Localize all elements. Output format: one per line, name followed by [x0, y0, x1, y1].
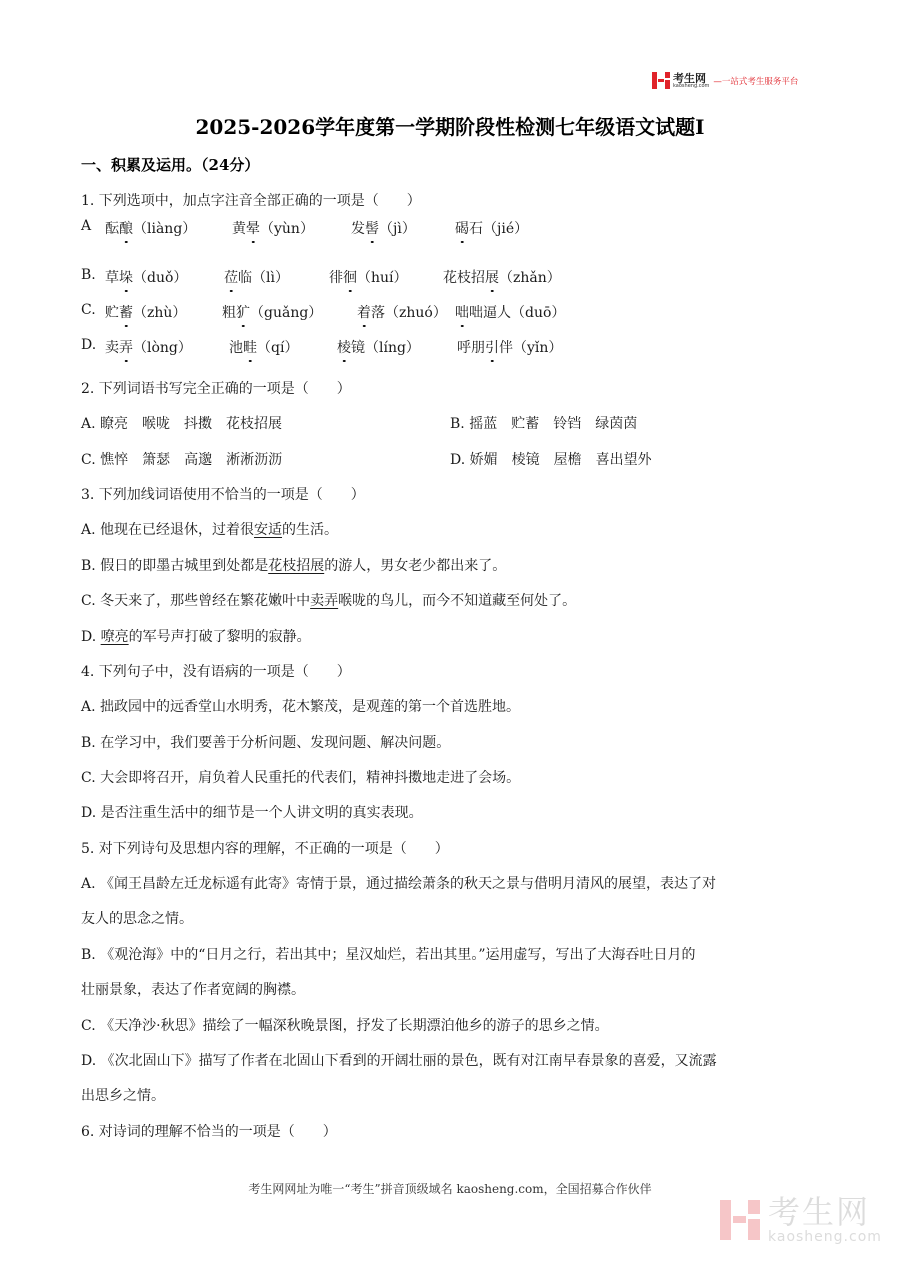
dotted-char: 晕: [246, 218, 260, 238]
question-2-option-b: B. 摇蓝 贮蓄 铃铛 绿茵茵: [450, 413, 637, 433]
section-heading: 一、积累及运用。（24分）: [81, 154, 259, 175]
question-1-stem: 1. 下列选项中，加点字注音全部正确的一项是（ ）: [81, 190, 421, 210]
kaosheng-logo-icon: [652, 72, 670, 89]
question-3-stem: 3. 下列加线词语使用不恰当的一项是（ ）: [81, 484, 365, 504]
question-3-option-d: D. 嘹亮的军号声打破了黎明的寂静。: [81, 626, 311, 646]
dotted-char: 弄: [119, 337, 133, 357]
question-5-option-a: A. 《闻王昌龄左迁龙标遥有此寄》寄情于景，通过描绘萧条的秋天之景与借明月清风的…: [81, 873, 716, 893]
question-3-option-c: C. 冬天来了，那些曾经在繁花嫩叶中卖弄喉咙的鸟儿，而今不知道藏至何处了。: [81, 590, 576, 610]
dotted-char: 莅: [224, 267, 238, 287]
slogan-text: 一站式考生服务平台: [722, 77, 799, 87]
dotted-char: 引: [485, 337, 499, 357]
dotted-char: 酿: [119, 218, 133, 238]
dotted-char: 徊: [343, 267, 357, 287]
question-4-stem: 4. 下列句子中，没有语病的一项是（ ）: [81, 661, 351, 681]
underlined-word: 安适: [254, 522, 282, 538]
question-4-option-a: A. 拙政园中的远香堂山水明秀，花木繁茂，是观莲的第一个首选胜地。: [81, 696, 520, 716]
question-1-option-a: A 酝酿（liàng） 黄晕（yùn） 发髻（jì） 碣石（jié）: [81, 218, 108, 234]
option-label: A: [81, 218, 91, 234]
question-2-option-a: A. 瞭亮 喉咙 抖擞 花枝招展: [81, 413, 282, 433]
underlined-word: 卖弄: [310, 593, 338, 609]
question-1-option-d: D. 卖弄（lòng） 池畦（qí） 棱镜（líng） 呼朋引伴（yǐn）: [81, 337, 96, 353]
underlined-word: 嘹亮: [101, 629, 129, 645]
question-2-option-d: D. 娇媚 棱镜 屋檐 喜出望外: [450, 449, 652, 469]
question-5-option-d: D. 《次北固山下》描写了作者在北固山下看到的开阔壮丽的景色，既有对江南早春景象…: [81, 1050, 717, 1070]
underlined-word: 花枝招展: [268, 558, 324, 574]
option-label: B.: [81, 267, 96, 283]
dotted-char: 垛: [119, 267, 133, 287]
page-footer: 考生网网址为唯一“考生”拼音顶级域名 kaosheng.com，全国招募合作伙伴: [0, 1180, 900, 1197]
question-4-option-c: C. 大会即将召开，肩负着人民重托的代表们，精神抖擞地走进了会场。: [81, 767, 520, 787]
question-2-stem: 2. 下列词语书写完全正确的一项是（ ）: [81, 378, 351, 398]
question-5-option-b: B. 《观沧海》中的“日月之行，若出其中；星汉灿烂，若出其里。”运用虚写，写出了…: [81, 944, 696, 964]
question-2-option-c: C. 憔悴 箫瑟 高邈 淅淅沥沥: [81, 449, 282, 469]
question-1-option-b: B. 草垛（duǒ） 莅临（lì） 徘徊（huí） 花枝招展（zhǎn）: [81, 267, 96, 283]
dotted-char: 展: [485, 267, 499, 287]
header-logo: 考生网 kaosheng.com —一站式考生服务平台: [652, 72, 798, 89]
question-3-option-b: B. 假日的即墨古城里到处都是花枝招展的游人，男女老少都出来了。: [81, 555, 506, 575]
question-6-stem: 6. 对诗词的理解不恰当的一项是（ ）: [81, 1121, 337, 1141]
question-5-option-c: C. 《天净沙·秋思》描绘了一幅深秋晚景图，抒发了长期漂泊他乡的游子的思乡之情。: [81, 1015, 609, 1035]
dotted-char: 髻: [365, 218, 379, 238]
question-4-option-b: B. 在学习中，我们要善于分析问题、发现问题、解决问题。: [81, 732, 450, 752]
watermark-name: 考生网: [768, 1196, 882, 1228]
question-5-option-a-cont: 友人的思念之情。: [81, 908, 193, 928]
question-1-option-c: C. 贮蓄（zhù） 粗犷（guǎng） 着落（zhuó） 咄咄逼人（duō）: [81, 302, 96, 318]
dotted-char: 畦: [243, 337, 257, 357]
question-4-option-d: D. 是否注重生活中的细节是一个人讲文明的真实表现。: [81, 802, 423, 822]
dotted-char: 犷: [236, 302, 250, 322]
kaosheng-watermark-icon: [720, 1200, 760, 1240]
question-5-stem: 5. 对下列诗句及思想内容的理解，不正确的一项是（ ）: [81, 838, 449, 858]
dotted-char: 蓄: [119, 302, 133, 322]
question-3-option-a: A. 他现在已经退休，过着很安适的生活。: [81, 519, 338, 539]
dotted-char: 碣: [455, 218, 469, 238]
question-5-option-b-cont: 壮丽景象，表达了作者宽阔的胸襟。: [81, 979, 305, 999]
option-label: D.: [81, 337, 96, 353]
option-label: C.: [81, 302, 96, 318]
watermark-domain: kaosheng.com: [768, 1230, 882, 1244]
dotted-char: 棱: [337, 337, 351, 357]
question-5-option-d-cont: 出思乡之情。: [81, 1085, 165, 1105]
logo-name: 考生网: [673, 73, 709, 84]
logo-slogan: —一站式考生服务平台: [713, 75, 798, 87]
page-title: 2025-2026学年度第一学期阶段性检测七年级语文试题I: [0, 111, 900, 140]
logo-domain: kaosheng.com: [673, 84, 709, 89]
watermark-logo: 考生网 kaosheng.com: [720, 1196, 882, 1244]
dotted-char: 着: [357, 302, 371, 322]
dotted-char: 咄: [455, 302, 469, 322]
